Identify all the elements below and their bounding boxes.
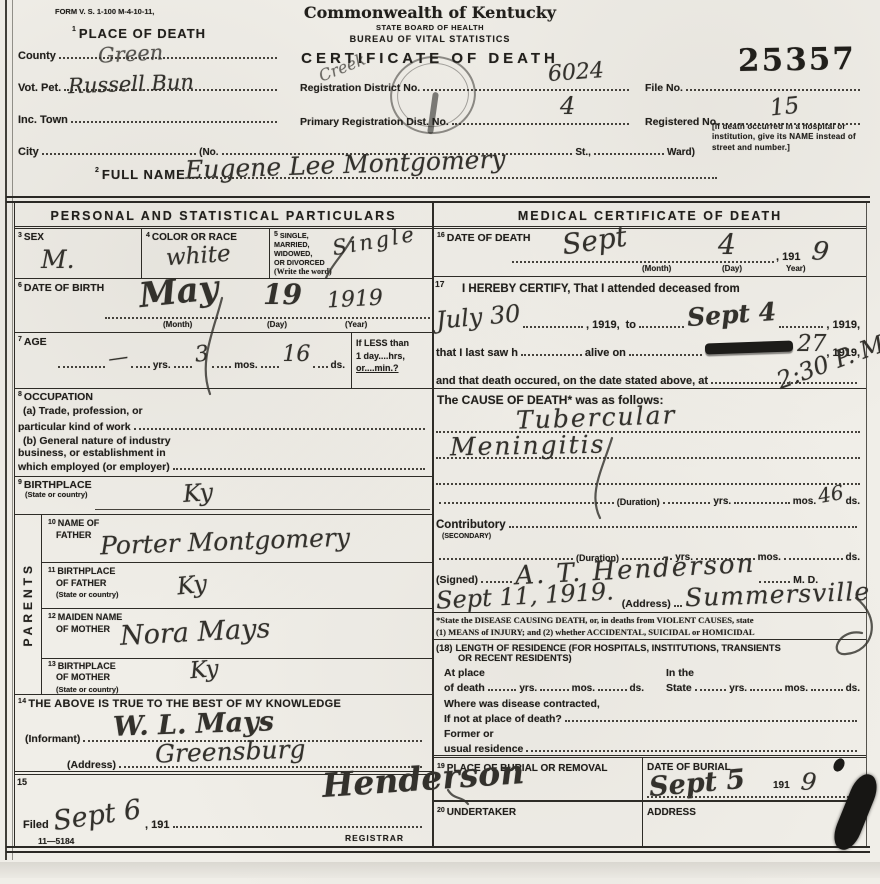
dob-day-label: (Day) — [267, 320, 287, 329]
filed-date-value: Sept 6 — [51, 796, 142, 835]
place-of-death-label: PLACE OF DEATH — [79, 26, 206, 41]
in-state-values-line: State yrs. mos. ds. — [666, 680, 860, 694]
of-death-label: of death — [444, 682, 485, 694]
age-label: 7AGE — [18, 336, 47, 348]
filed-number: 15 — [17, 777, 27, 787]
age-years-value: — — [107, 346, 130, 369]
residence-heading-text: LENGTH OF RESIDENCE (FOR HOSPITALS, INST… — [456, 643, 781, 653]
dob-month-label: (Month) — [163, 320, 192, 329]
ds-label: ds. — [846, 683, 860, 694]
undertaker-row: 20UNDERTAKER ADDRESS — [434, 802, 866, 846]
attended-from-value: July 30 — [435, 301, 521, 332]
occupation-a2-line: particular kind of work — [18, 419, 428, 433]
signed-row: (Signed) A. T. Henderson M. D. Sept 11, … — [434, 566, 866, 612]
field-number: 3 — [18, 232, 22, 239]
father-bp-hint: (State or country) — [56, 590, 119, 599]
registered-number-value: 15 — [769, 95, 801, 121]
mother-maiden-name-row: 12MAIDEN NAMEOF MOTHER Nora Mays — [42, 609, 432, 659]
file-number-value: 25357 — [738, 41, 856, 79]
dod-month-value: Sept — [560, 223, 628, 260]
disease-contracted-label-1: Where was disease contracted, — [444, 698, 600, 710]
dotted-leader — [131, 364, 150, 368]
dotted-leader — [173, 824, 422, 828]
informant-label: (Informant) — [25, 733, 80, 745]
occupation-b3-line: which employed (or employer) — [18, 459, 428, 473]
ward-label: Ward) — [667, 147, 695, 158]
dotted-leader — [784, 556, 843, 560]
age-months-value: 3 — [194, 343, 210, 366]
cause-write-line-3 — [436, 483, 860, 485]
dotted-leader — [452, 121, 629, 125]
to-label: to — [626, 319, 636, 331]
marital-hint: (Write the word) — [274, 267, 332, 276]
duration-mos-label: mos. — [793, 496, 816, 507]
parents-side-label-cell: PARENTS — [15, 515, 42, 694]
father-name-row: 10NAME OFFATHER Porter Montgomery — [42, 515, 432, 563]
bottom-rule — [6, 846, 870, 853]
dotted-leader — [594, 151, 664, 155]
dotted-leader — [779, 324, 824, 328]
field-number: 8 — [18, 391, 22, 398]
mother-birthplace-row: 13BIRTHPLACEOF MOTHER(State or country) … — [42, 659, 432, 693]
mother-l1: MAIDEN NAME — [58, 612, 123, 622]
certify-line-1: I HEREBY CERTIFY, That I attended deceas… — [462, 283, 740, 295]
dotted-leader — [71, 119, 277, 123]
county-value: Green — [97, 42, 163, 66]
dod-month-label: (Month) — [642, 264, 671, 273]
inc-town-field: Inc. Town — [18, 110, 280, 126]
field-number: 6 — [18, 282, 22, 289]
sex-label: 3SEX — [18, 232, 44, 243]
dotted-leader — [674, 603, 682, 607]
commonwealth-title: Commonwealth of Kentucky — [268, 3, 592, 22]
place-of-death-heading: 1PLACE OF DEATH — [72, 26, 206, 41]
medical-section-title: MEDICAL CERTIFICATE OF DEATH — [518, 209, 782, 223]
personal-section-title: PERSONAL AND STATISTICAL PARTICULARS — [50, 209, 396, 223]
state-board-subtitle: STATE BOARD OF HEALTH — [268, 23, 592, 32]
mother-bp-l2: OF MOTHER — [56, 672, 110, 682]
burial-date-write-line — [647, 796, 857, 798]
certification-row: 17 I HEREBY CERTIFY, That I attended dec… — [434, 277, 866, 389]
bureau-subtitle: BUREAU OF VITAL STATISTICS — [268, 34, 592, 44]
father-birthplace-row: 11BIRTHPLACEOF FATHER(State or country) … — [42, 563, 432, 609]
dod-label-text: DATE OF DEATH — [447, 232, 531, 244]
cause-duration-days-value: 46 — [817, 482, 846, 506]
undertaker-cell: 20UNDERTAKER — [434, 802, 642, 846]
filed-line: Filed Sept 6 , 191 — [23, 815, 425, 831]
dob-label: 6DATE OF BIRTH — [18, 282, 104, 294]
vot-pet-label: Vot. Pet. — [18, 82, 61, 94]
state-label: State — [666, 682, 692, 694]
dotted-leader — [212, 364, 231, 368]
dotted-leader — [526, 748, 857, 752]
footnote-row: *State the DISEASE CAUSING DEATH, or, in… — [434, 612, 866, 640]
undertaker-address-label: ADDRESS — [647, 807, 696, 818]
sex-value: M. — [41, 247, 75, 272]
dod-day-label: (Day) — [722, 264, 742, 273]
undertaker-address-cell: ADDRESS — [642, 802, 866, 846]
occupation-a1: (a) Trade, profession, or — [23, 405, 143, 417]
field-number: 10 — [48, 519, 56, 526]
dotted-leader — [811, 687, 843, 691]
field-number: 11 — [48, 567, 55, 574]
marital-l4: OR DIVORCED — [274, 258, 325, 267]
burial-year-digit: 9 — [800, 769, 818, 794]
burial-year-printed: 191 — [773, 780, 790, 791]
dotted-leader — [523, 324, 583, 328]
certify-line-2a: that I last saw h — [436, 347, 518, 359]
informant-heading: 14THE ABOVE IS TRUE TO THE BEST OF MY KN… — [18, 698, 341, 710]
father-bp-l1: BIRTHPLACE — [57, 566, 115, 576]
footnote-line-1: *State the DISEASE CAUSING DEATH, or, in… — [436, 615, 754, 625]
dob-month-value: May — [137, 271, 220, 313]
dotted-leader — [173, 466, 425, 470]
secondary-label: (SECONDARY) — [442, 533, 491, 540]
filed-year-printed: , 191 — [145, 819, 169, 831]
mother-birthplace-label: 13BIRTHPLACEOF MOTHER(State or country) — [48, 661, 119, 695]
marital-value: Single — [331, 224, 419, 259]
field-number: 16 — [437, 232, 445, 239]
father-name-label: 10NAME OFFATHER — [48, 518, 99, 541]
dotted-leader — [629, 352, 702, 356]
binding-edge-line — [5, 0, 7, 860]
dotted-leader — [313, 364, 327, 368]
dotted-leader — [58, 364, 105, 368]
mother-bp-l1: BIRTHPLACE — [58, 661, 116, 671]
dod-write-line — [512, 261, 774, 263]
certify-line-3: that I last saw h alive on 27 , 1919, — [436, 333, 860, 359]
personal-section-title-row: PERSONAL AND STATISTICAL PARTICULARS — [15, 203, 432, 229]
father-birthplace-label: 11BIRTHPLACEOF FATHER(State or country) — [48, 566, 119, 601]
cause-of-death-row: The CAUSE OF DEATH* was as follows: Tube… — [434, 389, 866, 511]
ds-label: ds. — [630, 683, 644, 694]
sex-label-text: SEX — [24, 232, 44, 243]
disease-contracted-line: If not at place of death? — [444, 711, 860, 725]
medical-section-title-row: MEDICAL CERTIFICATE OF DEATH — [434, 203, 866, 229]
field-number: 12 — [48, 613, 56, 620]
scribbled-out-text — [705, 340, 793, 354]
dotted-leader — [565, 718, 857, 722]
file-no-label: File No. — [645, 82, 683, 94]
dotted-leader — [42, 151, 196, 155]
undertaker-label-text: UNDERTAKER — [447, 807, 516, 818]
father-name-value: Porter Montgomery — [100, 525, 351, 559]
cause-value-1: Tubercular — [516, 402, 677, 433]
age-yrs-label: yrs. — [153, 360, 171, 371]
binding-edge-line-thin — [12, 0, 13, 860]
occupation-label: 8OCCUPATION — [18, 391, 93, 403]
right-frame-line — [866, 203, 867, 847]
age-label-text: AGE — [24, 336, 47, 348]
yrs-label: yrs. — [519, 683, 537, 694]
signed-address-label: (Address) — [622, 598, 671, 610]
dotted-leader — [509, 524, 857, 528]
contributory-line: Contributory — [436, 515, 860, 531]
dob-label-text: DATE OF BIRTH — [24, 282, 104, 294]
yrs-label: yrs. — [729, 683, 747, 694]
dotted-leader — [686, 87, 860, 91]
in-the-label: In the — [666, 667, 694, 679]
street-label: St., — [575, 147, 591, 158]
birthplace-hint: (State or country) — [25, 490, 88, 499]
field-number: 2 — [95, 167, 100, 174]
inc-town-label: Inc. Town — [18, 114, 68, 126]
birthplace-write-line — [95, 509, 430, 510]
field-number: 4 — [146, 232, 150, 239]
at-place-values-line: of death yrs. mos. ds. — [444, 680, 644, 694]
occupation-row: 8OCCUPATION (a) Trade, profession, or pa… — [15, 389, 432, 477]
informant-heading-text: THE ABOVE IS TRUE TO THE BEST OF MY KNOW… — [28, 698, 341, 710]
birthplace-row: 9BIRTHPLACE (State or country) Ky — [15, 477, 432, 515]
personal-particulars-section: PERSONAL AND STATISTICAL PARTICULARS 3SE… — [15, 203, 432, 847]
full-name-label: FULL NAME — [102, 167, 186, 182]
dob-year-label: (Year) — [345, 320, 367, 329]
sex-cell: 3SEX M. — [15, 229, 141, 278]
age-ds-label: ds. — [331, 360, 345, 371]
mos-label: mos. — [785, 683, 808, 694]
less-than-one-day-box: If LESS than 1 day....hrs, or....min.? — [351, 333, 432, 388]
dotted-leader — [261, 364, 280, 368]
duration-ds-label: ds. — [846, 552, 860, 563]
primary-district-value: 4 — [560, 94, 575, 118]
less-note-3: or....min.? — [356, 363, 399, 373]
former-residence-label-1: Former or — [444, 728, 494, 740]
father-l2: FATHER — [56, 530, 91, 540]
mother-maiden-name-value: Nora Mays — [119, 615, 271, 650]
duration-label: (Duration) — [617, 497, 660, 507]
year-1: , 1919, — [586, 319, 620, 331]
city-label: City — [18, 146, 39, 158]
marital-l3: WIDOWED, — [274, 249, 312, 258]
father-l1: NAME OF — [58, 518, 100, 528]
field-number: 9 — [18, 479, 22, 486]
mother-birthplace-value: Ky — [189, 658, 220, 683]
residence-row: (18)LENGTH OF RESIDENCE (FOR HOSPITALS, … — [434, 640, 866, 758]
registration-district-value: 6024 — [547, 60, 604, 86]
occupation-a2: particular kind of work — [18, 421, 131, 433]
field-number: (18) — [436, 643, 453, 653]
dotted-leader — [521, 352, 582, 356]
age-row: 7AGE — yrs. 3 mos. 16 ds. If LESS than 1… — [15, 333, 432, 389]
certify-line-3-text: and that death occured, on the date stat… — [436, 375, 708, 387]
age-days-value: 16 — [282, 344, 310, 366]
dotted-leader — [439, 500, 614, 504]
birthplace-value: Ky — [182, 480, 214, 506]
duration-ds-label: ds. — [846, 496, 860, 507]
dotted-leader — [750, 687, 782, 691]
dotted-leader — [639, 324, 684, 328]
scan-smudge-bar — [0, 862, 880, 878]
parents-block: PARENTS 10NAME OFFATHER Porter Montgomer… — [15, 515, 432, 695]
parents-side-label: PARENTS — [21, 562, 35, 646]
dotted-leader — [488, 687, 517, 691]
age-mos-label: mos. — [234, 360, 257, 371]
dod-day-value: 4 — [718, 231, 736, 259]
marital-l2: MARRIED, — [274, 240, 310, 249]
certify-line-2b: alive on — [585, 347, 626, 359]
less-note-1: If LESS than — [356, 338, 409, 348]
mother-bp-hint: (State or country) — [56, 685, 119, 694]
duration-mos-label: mos. — [758, 552, 781, 563]
signed-address-value: Summersville — [684, 579, 870, 610]
form-number: FORM V. S. 1-100 M-4-10-11, — [55, 7, 154, 16]
age-values-line: — yrs. 3 mos. 16 ds. — [55, 353, 345, 371]
undertaker-label: 20UNDERTAKER — [437, 807, 516, 818]
field-number: 14 — [18, 698, 26, 705]
cause-value-2: Meningitis — [450, 432, 606, 460]
registered-no-label: Registered No. — [645, 116, 719, 128]
death-certificate-document: FORM V. S. 1-100 M-4-10-11, Commonwealth… — [0, 0, 880, 884]
dotted-leader — [134, 426, 425, 430]
dotted-leader — [598, 687, 627, 691]
medical-certificate-section: MEDICAL CERTIFICATE OF DEATH 16DATE OF D… — [434, 203, 866, 846]
duration-yrs-label: yrs. — [713, 496, 731, 507]
occupation-b2: business, or establishment in — [18, 447, 166, 459]
occupation-b3: which employed (or employer) — [18, 461, 170, 473]
dotted-leader — [695, 687, 727, 691]
field-number: 20 — [437, 807, 445, 814]
father-birthplace-value: Ky — [176, 572, 208, 599]
dob-year-value: 1919 — [326, 288, 383, 313]
mother-l2: OF MOTHER — [56, 624, 110, 634]
dotted-leader — [174, 364, 193, 368]
contributory-label: Contributory — [436, 519, 506, 531]
occupation-label-text: OCCUPATION — [24, 391, 93, 403]
file-number-field: File No. — [645, 78, 863, 94]
mother-maiden-name-label: 12MAIDEN NAMEOF MOTHER — [48, 612, 122, 635]
signed-date-value: Sept 11, 1919. — [435, 579, 614, 612]
footnote-line-2: (1) MEANS of INJURY; and (2) whether ACC… — [436, 627, 755, 637]
sex-race-marital-row: 3SEX M. 4COLOR OR RACE white 5SINGLE, MA… — [15, 229, 432, 279]
signed-date-address-line: Sept 11, 1919. (Address) Summersville — [436, 590, 866, 610]
occupation-b1: (b) General nature of industry — [23, 435, 171, 447]
certify-number: 17 — [435, 279, 444, 289]
marital-l1: SINGLE, — [280, 231, 309, 240]
plate-code: 11—5184 — [38, 836, 74, 846]
header-divider-rule — [6, 196, 870, 203]
date-of-death-row: 16DATE OF DEATH , 191 9 (Month) (Day) Ye… — [434, 229, 866, 277]
field-number: 1 — [72, 26, 77, 33]
parents-fields: 10NAME OFFATHER Porter Montgomery 11BIRT… — [42, 515, 432, 694]
attended-to-value: Sept 4 — [686, 299, 777, 330]
registrar-label: REGISTRAR — [345, 833, 404, 843]
informant-address-label: (Address) — [67, 759, 116, 771]
dob-write-line — [105, 317, 430, 319]
field-number: 5 — [274, 231, 278, 238]
dod-year-label: Year) — [786, 264, 806, 273]
dotted-leader — [734, 500, 790, 504]
dod-label: 16DATE OF DEATH — [437, 232, 530, 244]
hospital-note: [If death occurred in a hospital or inst… — [712, 122, 870, 153]
date-of-birth-row: 6DATE OF BIRTH (Month) (Day) (Year) May … — [15, 279, 432, 333]
filed-label: Filed — [23, 819, 49, 831]
field-number: 13 — [48, 661, 56, 668]
full-name-heading: 2FULL NAME — [95, 167, 186, 182]
dod-year-digit: 9 — [810, 238, 830, 266]
father-bp-l2: OF FATHER — [56, 578, 106, 588]
color-race-value: white — [165, 243, 231, 270]
less-note-2: 1 day....hrs, — [356, 351, 405, 361]
mos-label: mos. — [572, 683, 595, 694]
at-place-label: At place — [444, 667, 485, 679]
dotted-leader — [663, 500, 711, 504]
marital-status-cell: 5SINGLE, MARRIED, WIDOWED, OR DIVORCED (… — [269, 229, 432, 278]
vot-pet-value: Russell Bun — [68, 72, 195, 97]
dod-year-printed: , 191 — [776, 251, 800, 263]
dotted-leader — [540, 687, 569, 691]
marital-status-label: 5SINGLE, MARRIED, WIDOWED, OR DIVORCED (… — [274, 231, 332, 277]
field-number: 7 — [18, 336, 22, 343]
dotted-leader — [59, 55, 277, 59]
dob-day-value: 19 — [263, 281, 302, 309]
informant-address-value: Greensburg — [155, 736, 306, 766]
year-2: , 1919, — [826, 319, 860, 331]
residence-heading-2: OR RECENT RESIDENTS) — [458, 653, 572, 663]
residence-heading-1: (18)LENGTH OF RESIDENCE (FOR HOSPITALS, … — [436, 643, 781, 653]
certify-line-2: July 30 , 1919, to Sept 4 , 1919, — [436, 305, 860, 331]
county-label: County — [18, 50, 56, 62]
cause-duration-line: (Duration) yrs. mos. 46 ds. — [436, 489, 860, 507]
disease-contracted-label-2: If not at place of death? — [444, 713, 562, 725]
